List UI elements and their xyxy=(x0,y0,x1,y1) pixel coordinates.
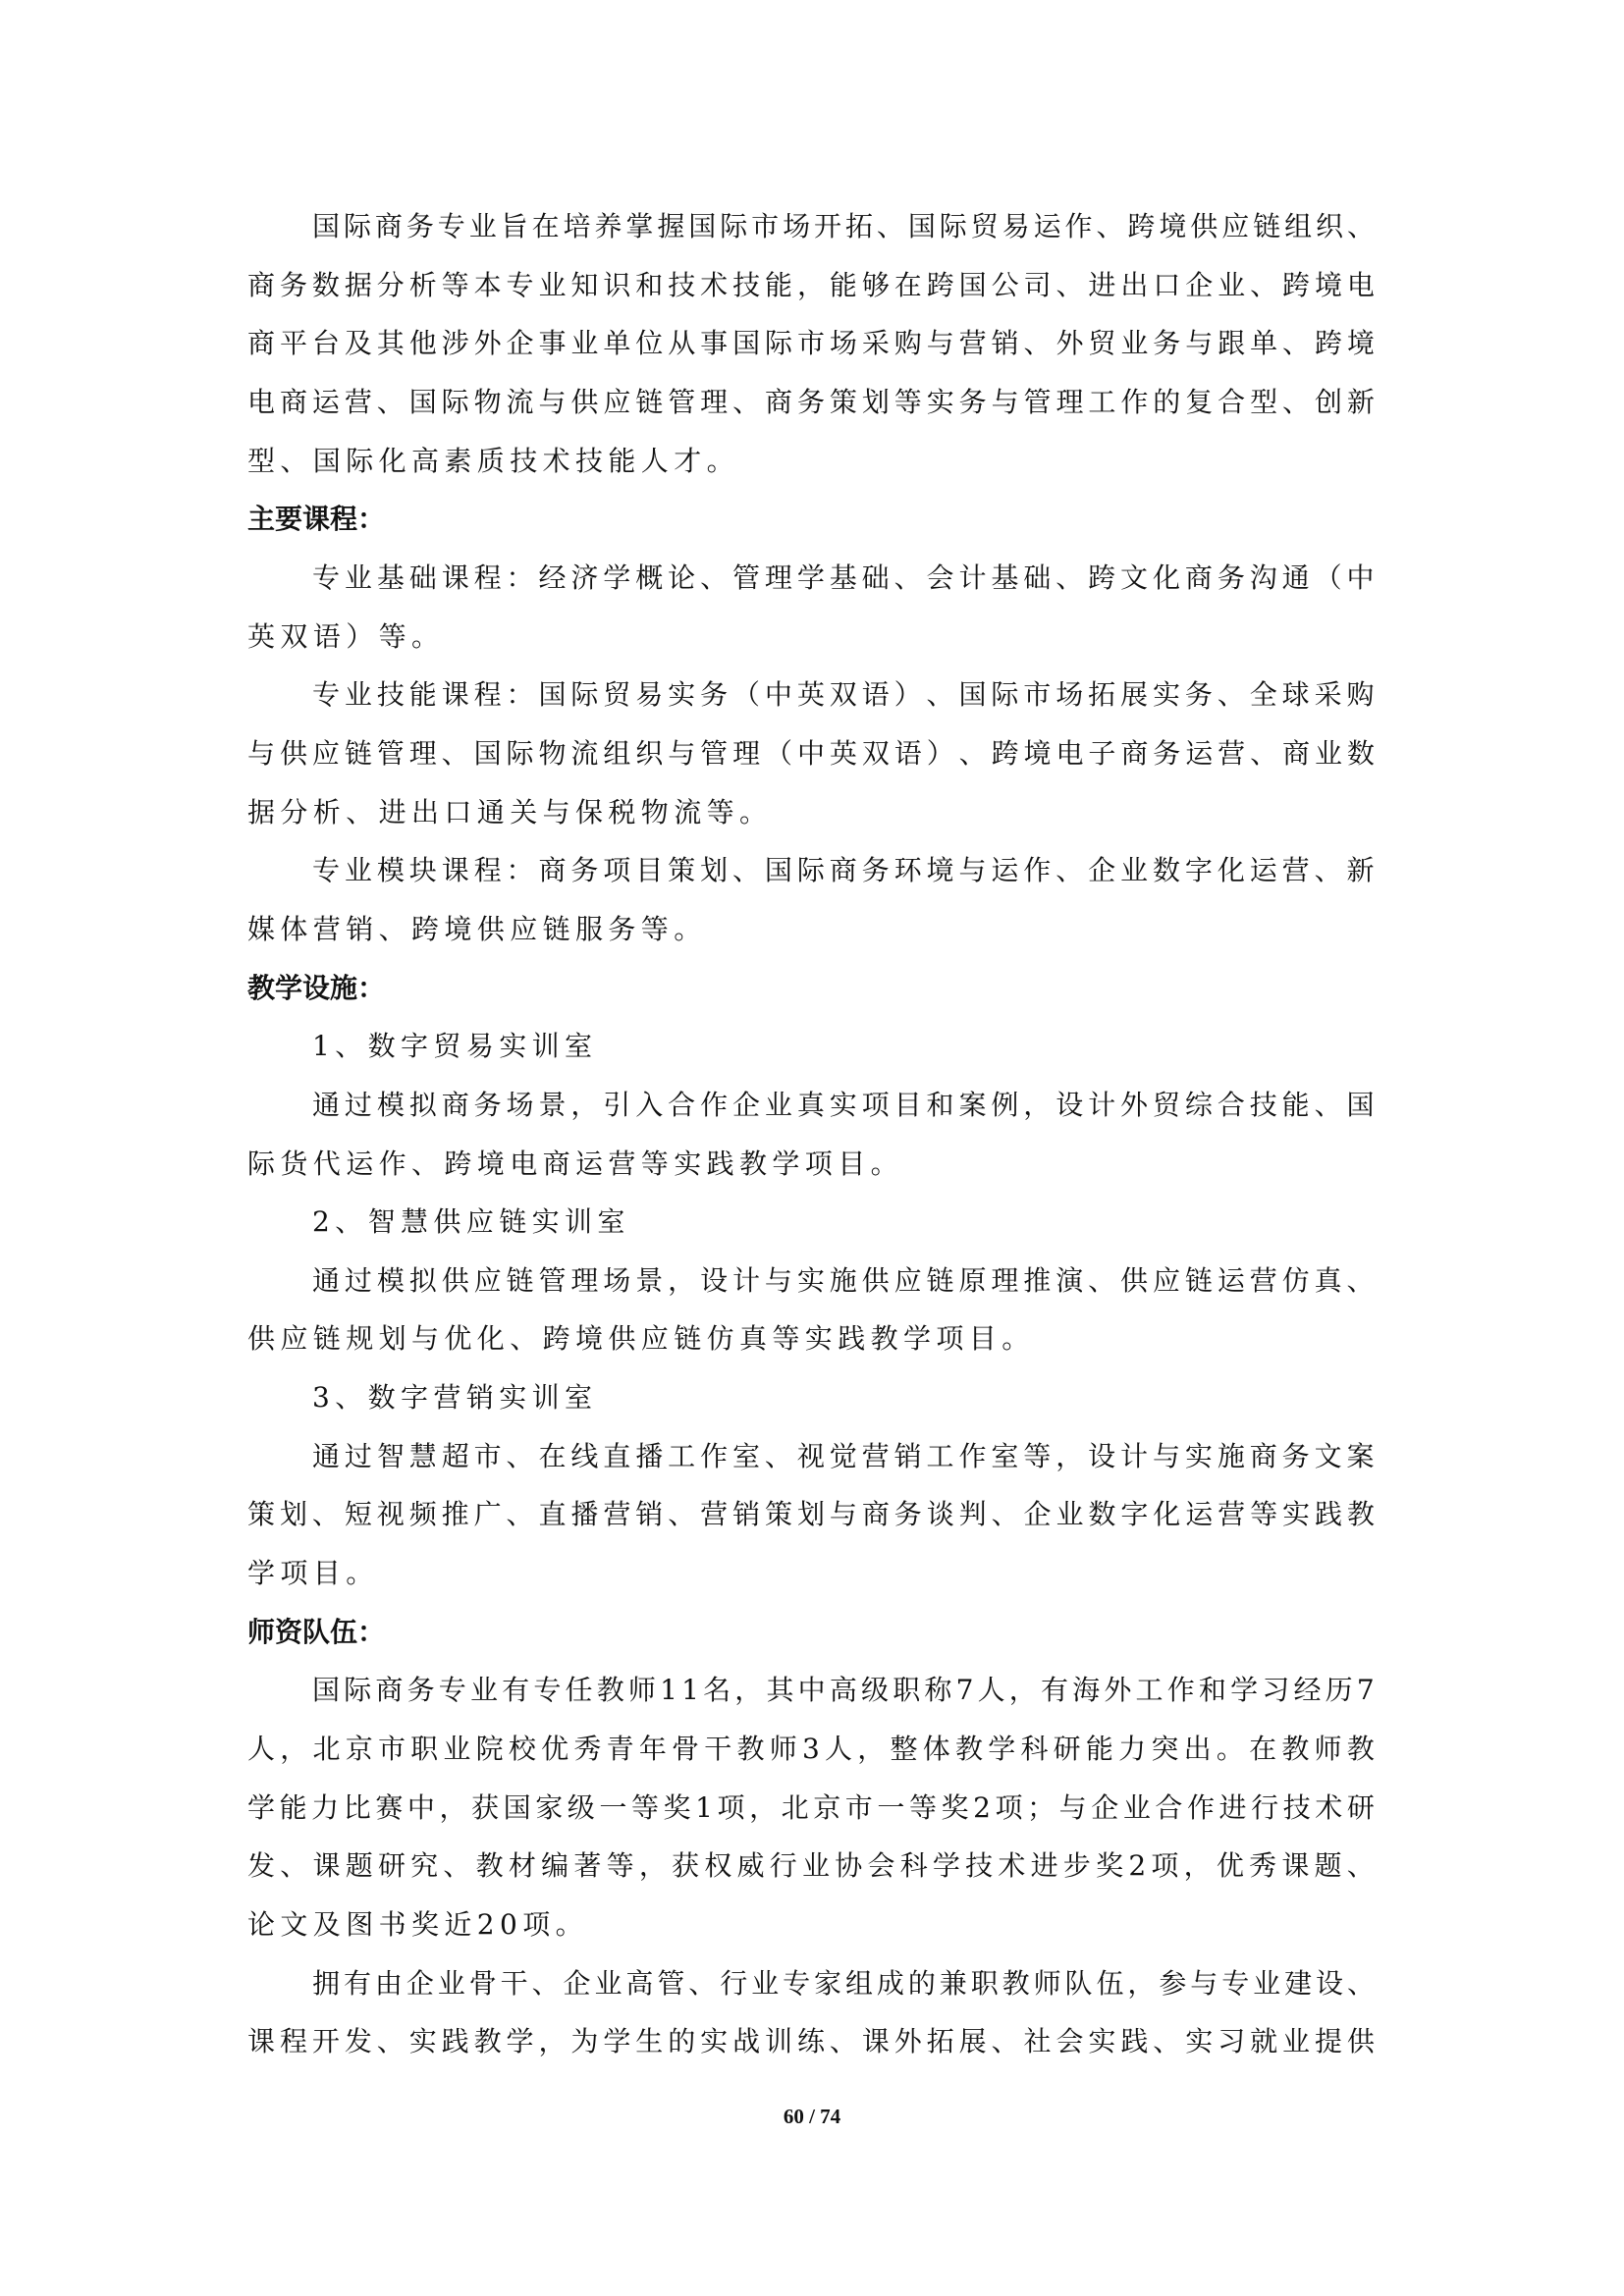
basic-courses-paragraph: 专业基础课程：经济学概论、管理学基础、会计基础、跨文化商务沟通（中 英双语）等。 xyxy=(247,549,1375,666)
basic-courses-line-1: 专业基础课程：经济学概论、管理学基础、会计基础、跨文化商务沟通（中 xyxy=(247,549,1375,608)
faculty-p1-line-1: 国际商务专业有专任教师11名，其中高级职称7人，有海外工作和学习经历7 xyxy=(247,1661,1375,1720)
courses-heading: 主要课程： xyxy=(247,490,1375,549)
facility-desc-1-line-1: 通过模拟商务场景，引入合作企业真实项目和案例，设计外贸综合技能、国 xyxy=(247,1076,1375,1135)
facilities-heading: 教学设施： xyxy=(247,959,1375,1018)
faculty-p1-line-3: 学能力比赛中，获国家级一等奖1项，北京市一等奖2项；与企业合作进行技术研 xyxy=(247,1779,1375,1838)
facility-title-3: 3、数字营销实训室 xyxy=(247,1368,1375,1427)
faculty-p2-line-1: 拥有由企业骨干、企业高管、行业专家组成的兼职教师队伍，参与专业建设、 xyxy=(247,1954,1375,2013)
intro-line-5: 型、国际化高素质技术技能人才。 xyxy=(247,432,1375,491)
facility-desc-3-line-1: 通过智慧超市、在线直播工作室、视觉营销工作室等，设计与实施商务文案 xyxy=(247,1427,1375,1486)
facility-item-3: 3、数字营销实训室 通过智慧超市、在线直播工作室、视觉营销工作室等，设计与实施商… xyxy=(247,1368,1375,1603)
intro-paragraph: 国际商务专业旨在培养掌握国际市场开拓、国际贸易运作、跨境供应链组织、 商务数据分… xyxy=(247,197,1375,490)
basic-courses-line-2: 英双语）等。 xyxy=(247,608,1375,667)
faculty-p1-line-5: 论文及图书奖近20项。 xyxy=(247,1896,1375,1954)
facility-item-2: 2、智慧供应链实训室 通过模拟供应链管理场景，设计与实施供应链原理推演、供应链运… xyxy=(247,1193,1375,1368)
intro-line-4: 电商运营、国际物流与供应链管理、商务策划等实务与管理工作的复合型、创新 xyxy=(247,373,1375,432)
faculty-heading: 师资队伍： xyxy=(247,1603,1375,1662)
page-body: 国际商务专业旨在培养掌握国际市场开拓、国际贸易运作、跨境供应链组织、 商务数据分… xyxy=(247,197,1375,2071)
intro-line-1: 国际商务专业旨在培养掌握国际市场开拓、国际贸易运作、跨境供应链组织、 xyxy=(247,197,1375,256)
facility-title-1: 1、数字贸易实训室 xyxy=(247,1017,1375,1076)
page-number: 60 / 74 xyxy=(0,2105,1624,2129)
facility-title-2: 2、智慧供应链实训室 xyxy=(247,1193,1375,1252)
module-courses-line-1: 专业模块课程：商务项目策划、国际商务环境与运作、企业数字化运营、新 xyxy=(247,841,1375,900)
faculty-paragraph-1: 国际商务专业有专任教师11名，其中高级职称7人，有海外工作和学习经历7 人，北京… xyxy=(247,1661,1375,1953)
facility-desc-2-line-2: 供应链规划与优化、跨境供应链仿真等实践教学项目。 xyxy=(247,1309,1375,1368)
faculty-paragraph-2: 拥有由企业骨干、企业高管、行业专家组成的兼职教师队伍，参与专业建设、 课程开发、… xyxy=(247,1954,1375,2071)
faculty-p1-line-2: 人，北京市职业院校优秀青年骨干教师3人，整体教学科研能力突出。在教师教 xyxy=(247,1720,1375,1779)
intro-line-3: 商平台及其他涉外企事业单位从事国际市场采购与营销、外贸业务与跟单、跨境 xyxy=(247,314,1375,373)
skill-courses-line-1: 专业技能课程：国际贸易实务（中英双语）、国际市场拓展实务、全球采购 xyxy=(247,666,1375,724)
module-courses-line-2: 媒体营销、跨境供应链服务等。 xyxy=(247,900,1375,959)
skill-courses-paragraph: 专业技能课程：国际贸易实务（中英双语）、国际市场拓展实务、全球采购 与供应链管理… xyxy=(247,666,1375,841)
facility-desc-1-line-2: 际货代运作、跨境电商运营等实践教学项目。 xyxy=(247,1135,1375,1194)
module-courses-paragraph: 专业模块课程：商务项目策划、国际商务环境与运作、企业数字化运营、新 媒体营销、跨… xyxy=(247,841,1375,958)
facility-desc-3-line-3: 学项目。 xyxy=(247,1544,1375,1603)
intro-line-2: 商务数据分析等本专业知识和技术技能，能够在跨国公司、进出口企业、跨境电 xyxy=(247,256,1375,315)
facility-item-1: 1、数字贸易实训室 通过模拟商务场景，引入合作企业真实项目和案例，设计外贸综合技… xyxy=(247,1017,1375,1193)
faculty-p2-line-2: 课程开发、实践教学，为学生的实战训练、课外拓展、社会实践、实习就业提供 xyxy=(247,2012,1375,2071)
facility-desc-3-line-2: 策划、短视频推广、直播营销、营销策划与商务谈判、企业数字化运营等实践教 xyxy=(247,1485,1375,1544)
faculty-p1-line-4: 发、课题研究、教材编著等，获权威行业协会科学技术进步奖2项，优秀课题、 xyxy=(247,1837,1375,1896)
document-page: 国际商务专业旨在培养掌握国际市场开拓、国际贸易运作、跨境供应链组织、 商务数据分… xyxy=(0,0,1624,2296)
skill-courses-line-3: 据分析、进出口通关与保税物流等。 xyxy=(247,783,1375,842)
facility-desc-2-line-1: 通过模拟供应链管理场景，设计与实施供应链原理推演、供应链运营仿真、 xyxy=(247,1252,1375,1310)
skill-courses-line-2: 与供应链管理、国际物流组织与管理（中英双语）、跨境电子商务运营、商业数 xyxy=(247,724,1375,783)
